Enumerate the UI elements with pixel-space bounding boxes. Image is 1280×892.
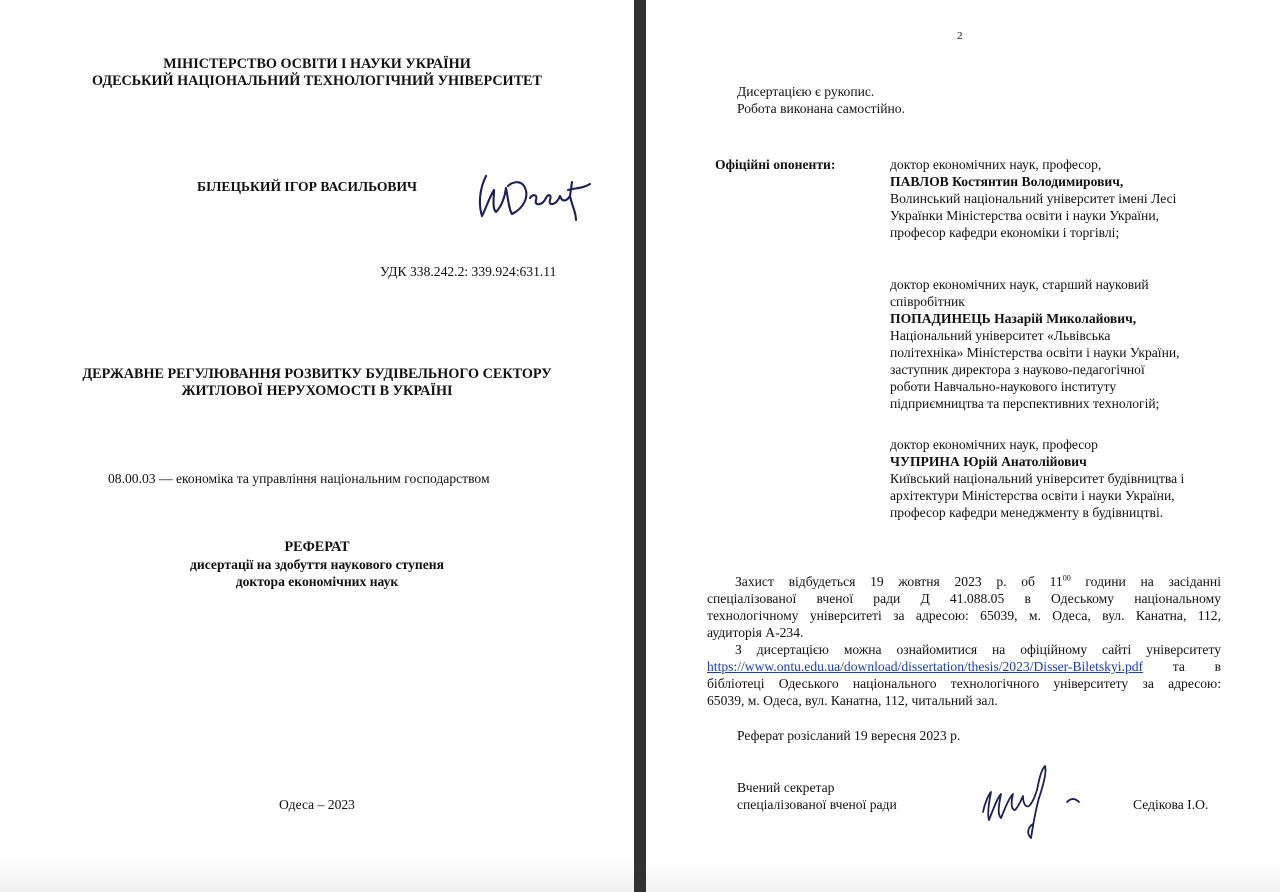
opponent-affiliation: Українки Міністерства освіти і науки Укр… (890, 207, 1230, 224)
opponent-affiliation: архітектури Міністерства освіти і науки … (890, 487, 1230, 504)
opponent-affiliation: роботи Навчально-наукового інституту (890, 378, 1230, 395)
opponent-name: ЧУПРИНА Юрій Анатолійович (890, 453, 1230, 470)
access-line: 65039, м. Одеса, вул. Канатна, 112, чита… (707, 692, 1221, 709)
ministry-header: МІНІСТЕРСТВО ОСВІТИ І НАУКИ УКРАЇНИ ОДЕС… (0, 56, 634, 90)
opponent-degree: доктор економічних наук, професор, (890, 156, 1230, 173)
thesis-title: ДЕРЖАВНЕ РЕГУЛЮВАННЯ РОЗВИТКУ БУДІВЕЛЬНО… (0, 366, 634, 400)
opponent-affiliation: підприємництва та перспективних технолог… (890, 395, 1230, 412)
status-line: Дисертацією є рукопис. (737, 83, 905, 100)
specialty-code: 08.00.03 — економіка та управління націо… (108, 470, 490, 487)
referat-title: РЕФЕРАТ (0, 539, 634, 556)
opponent-degree: доктор економічних наук, старший наукови… (890, 276, 1230, 293)
defense-line: Захист відбудеться 19 жовтня 2023 р. об … (707, 573, 1221, 590)
access-line: З дисертацією можна ознайомитися на офіц… (707, 641, 1221, 658)
thesis-title-line: ДЕРЖАВНЕ РЕГУЛЮВАННЯ РОЗВИТКУ БУДІВЕЛЬНО… (0, 366, 634, 383)
defense-paragraph: Захист відбудеться 19 жовтня 2023 р. об … (707, 573, 1221, 641)
opponent-affiliation: політехніка» Міністерства освіти і науки… (890, 344, 1230, 361)
dissertation-access-paragraph: З дисертацією можна ознайомитися на офіц… (707, 641, 1221, 709)
referat-heading: РЕФЕРАТ дисертації на здобуття наукового… (0, 539, 634, 590)
city-year: Одеса – 2023 (0, 796, 634, 813)
opponent-affiliation: Київський національний університет будів… (890, 470, 1230, 487)
opponent-entry: доктор економічних наук, професор, ПАВЛО… (890, 156, 1230, 241)
referat-sent-date: Реферат розісланий 19 вересня 2023 р. (737, 727, 960, 744)
author-signature-icon (472, 168, 597, 223)
defense-line: аудиторія А-234. (707, 624, 1221, 641)
defense-line: спеціалізованої вченої ради Д 41.088.05 … (707, 590, 1221, 607)
opponent-name: ПОПАДИНЕЦЬ Назарій Миколайович, (890, 310, 1230, 327)
opponent-affiliation: професор кафедри економіки і торгівлі; (890, 224, 1230, 241)
udc-code: УДК 338.242.2: 339.924:631.11 (380, 263, 556, 280)
opponent-entry: доктор економічних наук, старший наукови… (890, 276, 1230, 412)
dissertation-link[interactable]: https://www.ontu.edu.ua/download/dissert… (707, 659, 1143, 674)
secretary-signature-icon (975, 762, 1090, 842)
manuscript-status: Дисертацією є рукопис. Робота виконана с… (737, 83, 905, 117)
thesis-title-line: ЖИТЛОВОЇ НЕРУХОМОСТІ В УКРАЇНІ (0, 383, 634, 400)
access-line: бібліотеці Одеського національного техно… (707, 675, 1221, 692)
opponent-name: ПАВЛОВ Костянтин Володимирович, (890, 173, 1230, 190)
opponent-entry: доктор економічних наук, професор ЧУПРИН… (890, 436, 1230, 521)
opponent-degree: доктор економічних наук, професор (890, 436, 1230, 453)
referat-subtitle: дисертації на здобуття наукового ступеня (0, 556, 634, 573)
opponent-degree: співробітник (890, 293, 1230, 310)
page-number: 2 (957, 30, 963, 42)
secretary-title-line: Вчений секретар (737, 779, 897, 796)
ministry-line: МІНІСТЕРСТВО ОСВІТИ І НАУКИ УКРАЇНИ (0, 56, 634, 73)
secretary-title: Вчений секретар спеціалізованої вченої р… (737, 779, 897, 813)
defense-line: технологічному університеті за адресою: … (707, 607, 1221, 624)
opponent-affiliation: заступник директора з науково-педагогічн… (890, 361, 1230, 378)
opponent-affiliation: Волинський національний університет імен… (890, 190, 1230, 207)
access-line: https://www.ontu.edu.ua/download/dissert… (707, 658, 1221, 675)
time-superscript: 00 (1063, 573, 1071, 582)
opponents-label: Офіційні опоненти: (715, 156, 835, 173)
referat-degree: доктора економічних наук (0, 573, 634, 590)
status-line: Робота виконана самостійно. (737, 100, 905, 117)
secretary-name: Седікова І.О. (1133, 796, 1208, 813)
left-page: МІНІСТЕРСТВО ОСВІТИ І НАУКИ УКРАЇНИ ОДЕС… (0, 0, 634, 892)
opponent-affiliation: професор кафедри менеджменту в будівницт… (890, 504, 1230, 521)
opponent-affiliation: Національний університет «Львівська (890, 327, 1230, 344)
university-line: ОДЕСЬКИЙ НАЦІОНАЛЬНИЙ ТЕХНОЛОГІЧНИЙ УНІВ… (0, 73, 634, 90)
secretary-title-line: спеціалізованої вченої ради (737, 796, 897, 813)
page-divider (634, 0, 646, 892)
author-name: БІЛЕЦЬКИЙ ІГОР ВАСИЛЬОВИЧ (197, 178, 417, 195)
